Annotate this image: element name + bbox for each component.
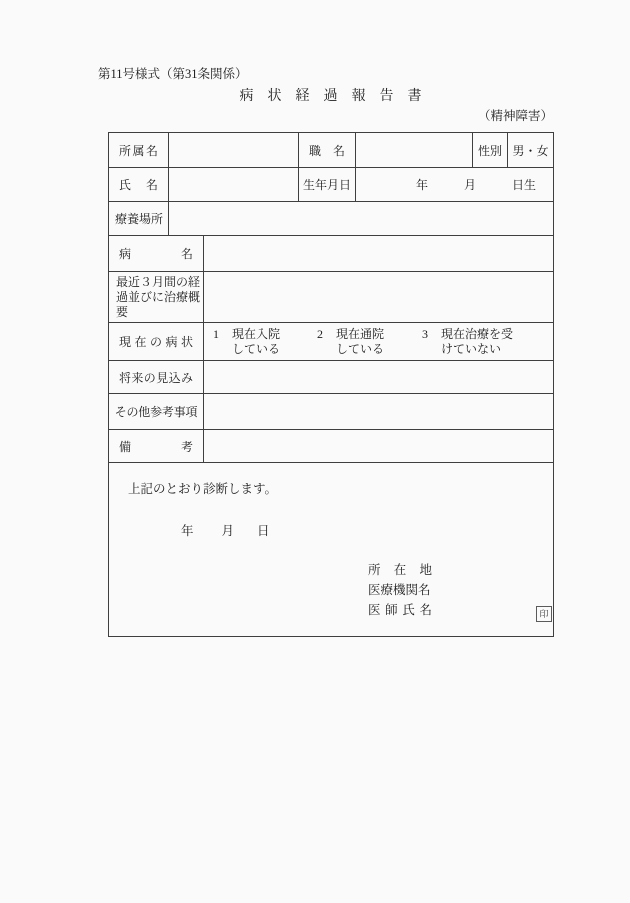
row-remarks: 備考 <box>109 430 554 463</box>
option-text: 現在治療を受けていない <box>441 327 513 357</box>
date-day-label: 日 <box>257 524 270 538</box>
doctor-label: 医師氏名 <box>368 604 432 617</box>
sex-label: 性別 <box>478 144 502 158</box>
diagnosis-statement: 上記のとおり診断します。 <box>128 479 277 497</box>
other-value-cell <box>204 394 554 430</box>
row-closing: 上記のとおり診断します。 年月日 所在地 医療機関名 医師氏名 印 <box>109 463 554 637</box>
option-line2: している <box>336 342 384 356</box>
document-page: 第11号様式（第31条関係） 病 状 経 過 報 告 書 （精神障害） 所属名 … <box>0 0 630 903</box>
option-line1: 現在入院 <box>232 327 280 341</box>
closing-cell: 上記のとおり診断します。 年月日 所在地 医療機関名 医師氏名 印 <box>109 463 554 637</box>
condition-label-cell: 現在の病状 <box>109 323 204 361</box>
job-value-cell <box>356 133 473 168</box>
birthdate-value-cell: 年 月 日生 <box>356 168 554 202</box>
institution-line: 医療機関名 <box>368 584 432 597</box>
birthdate-label: 生年月日 <box>303 178 351 192</box>
row-outlook: 将来の見込み <box>109 361 554 394</box>
row-condition: 現在の病状 1 現在入院している 2 現在通院している 3 現在治療を受けていな… <box>109 323 554 361</box>
report-form-table: 所属名 職名 性別 男・女 氏名 生年月日 年 月 日生 療養場所 病名 最近３… <box>108 132 554 637</box>
job-label-cell: 職名 <box>299 133 356 168</box>
option-line1: 現在治療を受 <box>441 327 513 341</box>
option-number: 2 <box>317 327 327 357</box>
sex-value: 男・女 <box>512 144 548 158</box>
institution-label: 医療機関名 <box>368 583 431 597</box>
option-number: 1 <box>213 327 223 357</box>
outlook-label-cell: 将来の見込み <box>109 361 204 394</box>
address-label: 所在地 <box>368 564 432 577</box>
outlook-value-cell <box>204 361 554 394</box>
option-text: 現在入院している <box>232 327 280 357</box>
remarks-label-cell: 備考 <box>109 430 204 463</box>
address-line: 所在地 <box>368 564 432 577</box>
condition-option-2: 2 現在通院している <box>317 327 384 357</box>
care-place-value-cell <box>169 202 554 236</box>
name-label: 氏名 <box>119 176 158 193</box>
option-text: 現在通院している <box>336 327 384 357</box>
course-value-cell <box>204 272 554 323</box>
condition-option-3: 3 現在治療を受けていない <box>422 327 513 357</box>
row-other: その他参考事項 <box>109 394 554 430</box>
date-year-label: 年 <box>181 524 194 538</box>
sex-value-cell: 男・女 <box>508 133 554 168</box>
birthdate-value: 年 月 日生 <box>416 178 536 192</box>
doctor-line: 医師氏名 <box>368 604 432 617</box>
option-line2: している <box>232 342 280 356</box>
course-label: 最近３月間の経過並びに治療概要 <box>116 275 200 320</box>
row-care-place: 療養場所 <box>109 202 554 236</box>
option-number: 3 <box>422 327 432 357</box>
other-label: その他参考事項 <box>115 405 198 419</box>
course-label-cell: 最近３月間の経過並びに治療概要 <box>109 272 204 323</box>
other-label-cell: その他参考事項 <box>109 394 204 430</box>
category-note: （精神障害） <box>108 106 553 124</box>
row-course: 最近３月間の経過並びに治療概要 <box>109 272 554 323</box>
condition-options: 1 現在入院している 2 現在通院している 3 現在治療を受けていない <box>204 327 553 357</box>
remarks-label: 備考 <box>119 438 193 455</box>
care-place-label-cell: 療養場所 <box>109 202 169 236</box>
form-number: 第11号様式（第31条関係） <box>98 64 248 82</box>
condition-option-1: 1 現在入院している <box>213 327 280 357</box>
condition-label: 現在の病状 <box>119 333 193 350</box>
page-title: 病 状 経 過 報 告 書 <box>108 85 553 105</box>
affiliation-label: 所属名 <box>119 142 158 159</box>
seal-mark: 印 <box>536 606 552 622</box>
row-affiliation: 所属名 職名 性別 男・女 <box>109 133 554 168</box>
disease-label-cell: 病名 <box>109 236 204 272</box>
remarks-value-cell <box>204 430 554 463</box>
birthdate-label-cell: 生年月日 <box>299 168 356 202</box>
disease-label: 病名 <box>119 245 193 262</box>
name-label-cell: 氏名 <box>109 168 169 202</box>
outlook-label: 将来の見込み <box>119 369 193 386</box>
option-line2: けていない <box>441 342 501 356</box>
date-line: 年月日 <box>181 521 270 539</box>
signature-block: 所在地 医療機関名 医師氏名 <box>368 564 432 624</box>
affiliation-label-cell: 所属名 <box>109 133 169 168</box>
row-name: 氏名 生年月日 年 月 日生 <box>109 168 554 202</box>
option-line1: 現在通院 <box>336 327 384 341</box>
name-value-cell <box>169 168 299 202</box>
condition-options-cell: 1 現在入院している 2 現在通院している 3 現在治療を受けていない <box>204 323 554 361</box>
affiliation-value-cell <box>169 133 299 168</box>
date-month-label: 月 <box>222 524 235 538</box>
row-disease: 病名 <box>109 236 554 272</box>
sex-label-cell: 性別 <box>473 133 508 168</box>
job-label: 職名 <box>309 142 345 159</box>
care-place-label: 療養場所 <box>115 212 163 226</box>
disease-value-cell <box>204 236 554 272</box>
